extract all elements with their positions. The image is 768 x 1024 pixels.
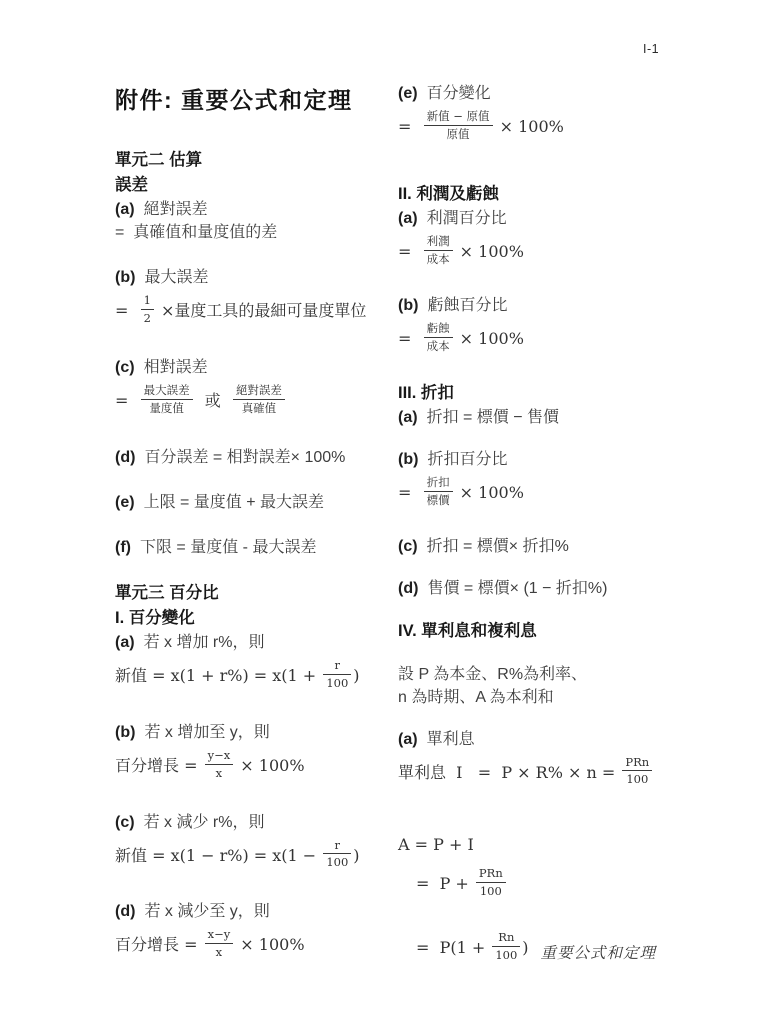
page-number: I-1: [643, 42, 659, 56]
text-run: =: [115, 301, 139, 320]
text-run: =: [398, 483, 422, 502]
text-run: 或: [195, 391, 231, 410]
text-run: 絕對誤差: [144, 201, 208, 218]
fraction-denominator: x: [205, 764, 234, 781]
fraction-denominator: 100: [492, 946, 520, 963]
text-run: 虧蝕百分比: [427, 297, 507, 314]
fraction-numerator: 1: [141, 293, 154, 309]
fraction-numerator: r: [323, 838, 351, 854]
fraction: r100: [323, 838, 351, 871]
math-line: 新值 = x(1 − r%) = x(1 − r100): [115, 834, 415, 879]
fraction-numerator: 利潤: [424, 234, 453, 250]
text-run: 單利息 I = P × R% × n =: [398, 762, 620, 781]
text-run: =: [398, 242, 422, 261]
item-label: (a): [115, 634, 135, 651]
left-column: 附件: 重要公式和定理單元二 估算誤差(a)絕對誤差= 真確值和量度值的差(b)…: [115, 85, 415, 968]
section-heading: 單元三 百分比: [115, 581, 415, 606]
fraction-numerator: 虧蝕: [424, 321, 453, 337]
math-line: = 虧蝕成本 × 100%: [398, 317, 683, 362]
document-page: I-1 附件: 重要公式和定理單元二 估算誤差(a)絕對誤差= 真確值和量度值的…: [0, 0, 768, 1024]
item-label: (a): [398, 731, 418, 748]
fraction-denominator: 100: [476, 882, 506, 899]
text-run: × 100%: [455, 329, 524, 348]
item-label: (c): [398, 538, 418, 555]
formula-line: (b)最大誤差: [115, 266, 415, 289]
math-line: = P + PRn100: [416, 862, 683, 907]
section-heading: I. 百分變化: [115, 606, 415, 631]
text-run: =: [398, 117, 422, 136]
fraction-denominator: x: [205, 943, 234, 960]
text-run: 最大誤差: [144, 269, 208, 286]
fraction-numerator: 絕對誤差: [233, 383, 285, 399]
right-column: (e)百分變化= 新值 − 原值原值 × 100%II. 利潤及虧蝕(a)利潤百…: [398, 82, 683, 971]
fraction: 絕對誤差真確值: [233, 383, 285, 416]
fraction: 新值 − 原值原值: [424, 109, 493, 142]
text-run: = 真確值和量度值的差: [115, 224, 277, 241]
math-line: 百分增長 = y−xx × 100%: [115, 744, 415, 789]
text-run: 設 P 為本金、R%為利率、: [398, 666, 587, 683]
fraction-denominator: 真確值: [233, 399, 285, 416]
text-run: 折扣 = 標價× 折扣%: [427, 538, 569, 555]
math-line: = 折扣標價 × 100%: [398, 471, 683, 516]
item-label: (b): [115, 724, 135, 741]
text-run: 新值 = x(1 + r%) = x(1 +: [115, 666, 321, 685]
fraction: y−xx: [205, 748, 234, 781]
item-label: (d): [398, 580, 418, 597]
text-run: 百分變化: [427, 85, 491, 102]
text-run: A = P + I: [398, 835, 474, 854]
formula-line: (b)若 x 增加至 y，則: [115, 721, 415, 744]
fraction-denominator: 成本: [424, 250, 453, 267]
fraction-denominator: 100: [323, 674, 351, 691]
text-run: ): [522, 938, 528, 957]
fraction-denominator: 100: [622, 770, 652, 787]
math-line: 百分增長 = x−yx × 100%: [115, 923, 415, 968]
text-run: ): [353, 845, 359, 864]
fraction-denominator: 標價: [424, 491, 453, 508]
item-label: (c): [115, 814, 135, 831]
math-line: = 12 ×量度工具的最細可量度單位: [115, 289, 415, 334]
text-run: 下限 = 量度值 - 最大誤差: [140, 539, 316, 556]
math-line: = 最大誤差量度值 或 絕對誤差真確值: [115, 379, 415, 424]
fraction: 利潤成本: [424, 234, 453, 267]
text-run: 若 x 增加 r%，則: [144, 634, 265, 651]
math-line: = 利潤成本 × 100%: [398, 230, 683, 275]
fraction: 最大誤差量度值: [141, 383, 193, 416]
text-run: 若 x 增加至 y，則: [144, 724, 269, 741]
fraction-numerator: 新值 − 原值: [424, 109, 493, 125]
section-heading: 單元二 估算: [115, 148, 415, 173]
section-heading: III. 折扣: [398, 381, 683, 406]
fraction: 折扣標價: [424, 475, 453, 508]
formula-line: (b)虧蝕百分比: [398, 294, 683, 317]
fraction-numerator: Rn: [492, 930, 520, 946]
formula-line: (f)下限 = 量度值 - 最大誤差: [115, 536, 415, 559]
text-run: 售價 = 標價× (1 − 折扣%): [427, 580, 607, 597]
item-label: (b): [115, 269, 135, 286]
text-run: 折扣百分比: [427, 451, 507, 468]
page-footer: 重要公式和定理: [540, 941, 656, 963]
item-label: (d): [115, 449, 135, 466]
fraction-numerator: y−x: [205, 748, 234, 764]
item-label: (b): [398, 451, 418, 468]
fraction-numerator: x−y: [205, 927, 234, 943]
item-label: (e): [115, 494, 135, 511]
formula-line: (d)百分誤差 = 相對誤差× 100%: [115, 446, 415, 469]
text-run: × 100%: [495, 117, 564, 136]
math-line: 單利息 I = P × R% × n = PRn100: [398, 751, 683, 796]
text-run: 若 x 減少 r%，則: [144, 814, 265, 831]
formula-line: (a)絕對誤差: [115, 198, 415, 221]
fraction-numerator: 最大誤差: [141, 383, 193, 399]
formula-line: (a)利潤百分比: [398, 207, 683, 230]
fraction: r100: [323, 658, 351, 691]
text-run: × 100%: [235, 756, 304, 775]
text-run: 折扣 = 標價 − 售價: [427, 409, 559, 426]
fraction-numerator: 折扣: [424, 475, 453, 491]
fraction-denominator: 2: [141, 309, 154, 326]
text-run: 百分增長 =: [115, 756, 203, 775]
formula-line: (a)單利息: [398, 728, 683, 751]
text-run: × 100%: [235, 935, 304, 954]
text-run: ): [353, 666, 359, 685]
fraction-denominator: 100: [323, 853, 351, 870]
math-line: 新值 = x(1 + r%) = x(1 + r100): [115, 654, 415, 699]
text-run: 單利息: [427, 731, 475, 748]
item-label: (a): [398, 210, 418, 227]
text-run: × 100%: [455, 483, 524, 502]
formula-line: n 為時期、A 為本利和: [398, 686, 683, 709]
fraction: Rn100: [492, 930, 520, 963]
item-label: (e): [398, 85, 418, 102]
formula-line: 設 P 為本金、R%為利率、: [398, 663, 683, 686]
formula-line: (e)上限 = 量度值 + 最大誤差: [115, 491, 415, 514]
formula-line: (c)相對誤差: [115, 356, 415, 379]
fraction-numerator: PRn: [622, 755, 652, 771]
text-run: 新值 = x(1 − r%) = x(1 −: [115, 845, 321, 864]
fraction: x−yx: [205, 927, 234, 960]
formula-line: (c)折扣 = 標價× 折扣%: [398, 535, 683, 558]
page-title: 附件: 重要公式和定理: [115, 85, 415, 116]
formula-line: (e)百分變化: [398, 82, 683, 105]
fraction: 12: [141, 293, 154, 326]
text-run: 利潤百分比: [427, 210, 507, 227]
fraction-numerator: r: [323, 658, 351, 674]
item-label: (b): [398, 297, 418, 314]
fraction: 虧蝕成本: [424, 321, 453, 354]
fraction-denominator: 成本: [424, 337, 453, 354]
fraction-numerator: PRn: [476, 866, 506, 882]
text-run: =: [115, 391, 139, 410]
text-run: 若 x 減少至 y，則: [144, 903, 269, 920]
item-label: (f): [115, 539, 131, 556]
formula-line: (a)若 x 增加 r%，則: [115, 631, 415, 654]
fraction: PRn100: [622, 755, 652, 788]
text-run: = P(1 +: [416, 938, 490, 957]
fraction-denominator: 原值: [424, 125, 493, 142]
item-label: (a): [115, 201, 135, 218]
section-heading: 誤差: [115, 173, 415, 198]
text-run: 相對誤差: [144, 359, 208, 376]
text-run: 上限 = 量度值 + 最大誤差: [144, 494, 324, 511]
item-label: (c): [115, 359, 135, 376]
formula-line: = 真確值和量度值的差: [115, 221, 415, 244]
text-run: n 為時期、A 為本利和: [398, 689, 554, 706]
section-heading: II. 利潤及虧蝕: [398, 182, 683, 207]
fraction-denominator: 量度值: [141, 399, 193, 416]
text-run: = P +: [416, 874, 474, 893]
item-label: (d): [115, 903, 135, 920]
formula-line: (d)售價 = 標價× (1 − 折扣%): [398, 577, 683, 600]
formula-line: (d)若 x 減少至 y，則: [115, 900, 415, 923]
text-run: 百分誤差 = 相對誤差× 100%: [144, 449, 345, 466]
text-run: 百分增長 =: [115, 935, 203, 954]
fraction: PRn100: [476, 866, 506, 899]
text-run: ×量度工具的最細可量度單位: [156, 301, 367, 320]
text-run: × 100%: [455, 242, 524, 261]
formula-line: (a)折扣 = 標價 − 售價: [398, 406, 683, 429]
text-run: =: [398, 329, 422, 348]
section-heading: IV. 單利息和複利息: [398, 619, 683, 644]
formula-line: (b)折扣百分比: [398, 448, 683, 471]
math-line: A = P + I: [398, 827, 683, 862]
formula-line: (c)若 x 減少 r%，則: [115, 811, 415, 834]
math-line: = 新值 − 原值原值 × 100%: [398, 105, 683, 150]
item-label: (a): [398, 409, 418, 426]
